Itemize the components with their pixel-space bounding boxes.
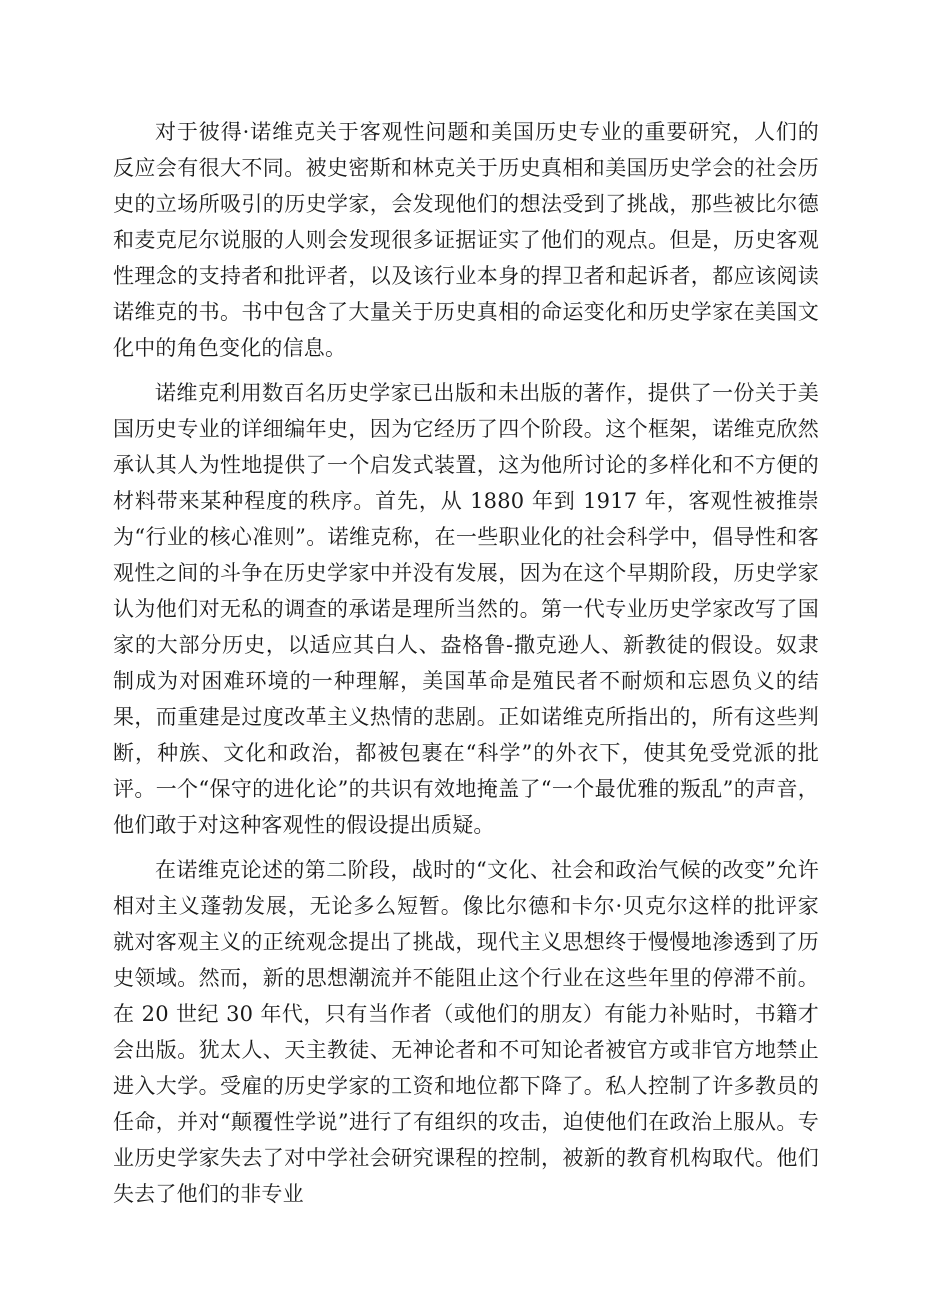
text-block: 对于彼得·诺维克关于客观性问题和美国历史专业的重要研究，人们的反应会有很大不同。… bbox=[113, 114, 819, 1212]
paragraph-3: 在诺维克论述的第二阶段，战时的“文化、社会和政治气候的改变”允许相对主义蓬勃发展… bbox=[113, 852, 819, 1212]
paragraph-2: 诺维克利用数百名历史学家已出版和未出版的著作，提供了一份关于美国历史专业的详细编… bbox=[113, 375, 819, 843]
document-canvas: { "document": { "kind": "text-page", "la… bbox=[0, 0, 926, 1309]
paragraph-1: 对于彼得·诺维克关于客观性问题和美国历史专业的重要研究，人们的反应会有很大不同。… bbox=[113, 114, 819, 366]
document-page: 对于彼得·诺维克关于客观性问题和美国历史专业的重要研究，人们的反应会有很大不同。… bbox=[0, 0, 926, 1309]
